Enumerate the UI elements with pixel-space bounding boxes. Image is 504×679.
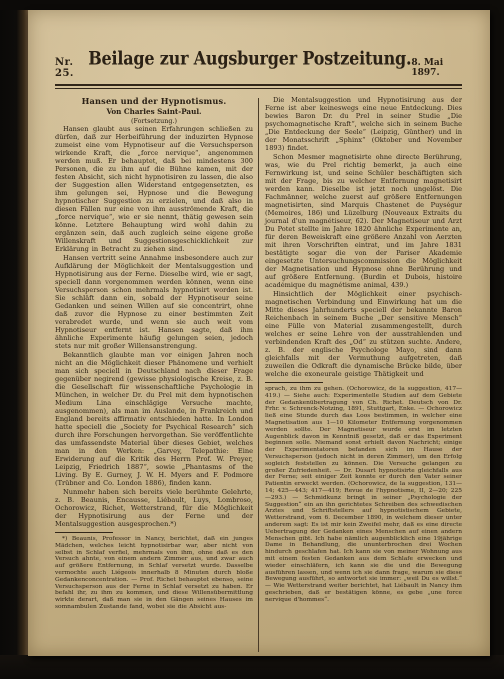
footnote-text: *) Beaunis, Professor in Nancy, berichte… [55, 536, 253, 611]
footnote-continuation-text: sprach, zu ihm zu gehen. (Ochorowicz, de… [265, 386, 462, 604]
masthead-title: Beilage zur Augsburger Postzeitung. [88, 47, 411, 69]
paragraph: Hinsichtlich der Möglichkeit einer psych… [265, 290, 462, 378]
scan-bottom-shadow [0, 655, 504, 679]
paragraph: Nunmehr haben sich bereits viele berühmt… [55, 488, 253, 528]
article-byline: Von Charles Saint-Paul. [55, 107, 253, 116]
right-column: Die Mentalsuggestion und Hypnotisirung a… [259, 96, 462, 652]
scan-right-shadow [490, 0, 504, 679]
header-double-rule [55, 84, 462, 89]
newspaper-page: Nr. 25. Beilage zur Augsburger Postzeitu… [28, 10, 490, 656]
issue-date: 8. Mai 1897. [411, 58, 462, 78]
left-column: Hansen und der Hypnotismus. Von Charles … [55, 96, 258, 652]
text-columns: Hansen und der Hypnotismus. Von Charles … [55, 96, 462, 652]
page-content: Nr. 25. Beilage zur Augsburger Postzeitu… [55, 50, 462, 642]
scanned-newspaper-page: { "page": { "issue_number": "Nr. 25.", "… [0, 0, 504, 679]
article-title: Hansen und der Hypnotismus. [55, 96, 253, 106]
paragraph: Bekanntlich glaubte man vor einigen Jahr… [55, 351, 253, 487]
paragraph: Die Mentalsuggestion und Hypnotisirung a… [265, 96, 462, 152]
footnote-rule [265, 382, 323, 383]
issue-number: Nr. 25. [55, 57, 88, 79]
book-binding-edge [0, 0, 30, 679]
paragraph: Hansen vertritt seine Annahme insbesonde… [55, 254, 253, 350]
page-header: Nr. 25. Beilage zur Augsburger Postzeitu… [55, 50, 462, 79]
scan-top-shadow [0, 0, 504, 10]
footnote-rule [55, 532, 113, 533]
paragraph: Hansen glaubt aus seinen Erfahrungen sch… [55, 125, 253, 253]
paragraph: Schon Mesmer magnetisirte ohne directe B… [265, 153, 462, 289]
continuation-note: (Fortsetzung.) [55, 117, 253, 125]
